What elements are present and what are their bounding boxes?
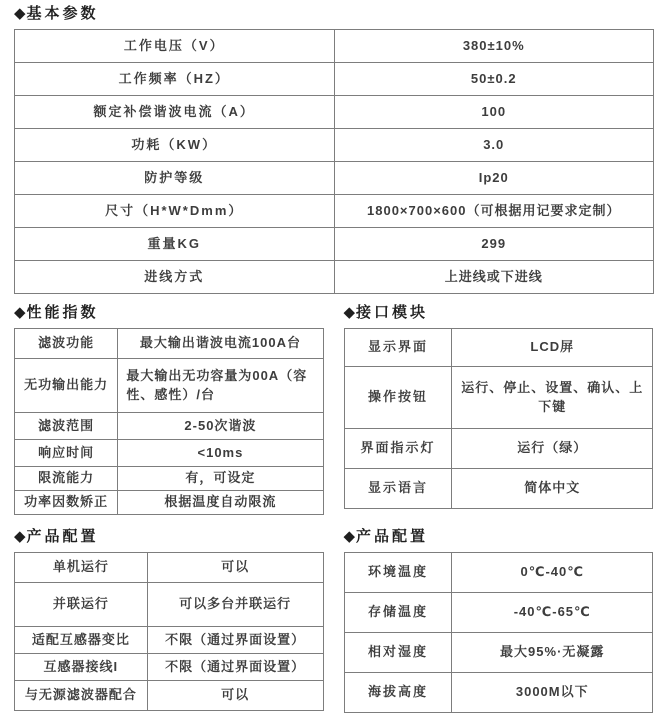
section-title-config-left-label: 产品配置	[27, 528, 99, 546]
param-label: 环境温度	[344, 553, 452, 593]
table-row: 操作按钮 运行、停止、设置、确认、上下键	[344, 367, 653, 429]
param-label: 相对湿度	[344, 633, 452, 673]
param-value: 380±10%	[334, 30, 654, 63]
param-label: 并联运行	[15, 583, 148, 627]
param-value: 50±0.2	[334, 63, 654, 96]
param-label: 重量KG	[15, 228, 335, 261]
param-value: 最大95%·无凝露	[452, 633, 653, 673]
section-title-performance-label: 性能指数	[27, 304, 99, 322]
table-row: 尺寸（H*W*Dmm） 1800×700×600（可根据用记要求定制）	[15, 195, 654, 228]
param-value: 运行、停止、设置、确认、上下键	[452, 367, 653, 429]
table-row: 额定补偿谐波电流（A） 100	[15, 96, 654, 129]
param-value: <10ms	[118, 440, 323, 467]
section-title-config-left: ◆ 产品配置	[14, 528, 324, 546]
diamond-bullet-icon: ◆	[344, 528, 356, 546]
product-config-table: 单机运行 可以 并联运行 可以多台并联运行 适配互感器变比 不限（通过界面设置）…	[14, 552, 324, 711]
performance-column: ◆ 性能指数 滤波功能 最大输出谐波电流100A台 无功输出能力 最大输出无功容…	[14, 304, 324, 515]
param-label: 滤波范围	[15, 413, 118, 440]
table-row: 界面指示灯 运行（绿）	[344, 429, 653, 469]
table-row: 重量KG 299	[15, 228, 654, 261]
param-label: 工作电压（V）	[15, 30, 335, 63]
param-label: 海拔高度	[344, 673, 452, 713]
table-row: 与无源滤波器配合 可以	[15, 681, 324, 711]
performance-table: 滤波功能 最大输出谐波电流100A台 无功输出能力 最大输出无功容量为00A（容…	[14, 328, 324, 515]
param-label: 防护等级	[15, 162, 335, 195]
spec-sheet-page: ◆ 基本参数 工作电压（V） 380±10% 工作频率（HZ） 50±0.2 额…	[0, 0, 666, 717]
param-label: 显示界面	[344, 329, 452, 367]
param-label: 功率因数矫正	[15, 491, 118, 515]
table-row: 单机运行 可以	[15, 553, 324, 583]
param-value: 1800×700×600（可根据用记要求定制）	[334, 195, 654, 228]
diamond-bullet-icon: ◆	[14, 528, 26, 546]
param-value: 0℃-40℃	[452, 553, 653, 593]
environment-table: 环境温度 0℃-40℃ 存储温度 -40℃-65℃ 相对湿度 最大95%·无凝露…	[344, 552, 654, 713]
param-value: LCD屏	[452, 329, 653, 367]
param-value: 根据温度自动限流	[118, 491, 323, 515]
config-left-column: ◆ 产品配置 单机运行 可以 并联运行 可以多台并联运行 适配互感器变比 不限（…	[14, 528, 324, 713]
section-title-interface-label: 接口模块	[356, 304, 428, 322]
param-label: 单机运行	[15, 553, 148, 583]
param-value: 299	[334, 228, 654, 261]
param-value: 有，可设定	[118, 467, 323, 491]
bottom-columns: ◆ 产品配置 单机运行 可以 并联运行 可以多台并联运行 适配互感器变比 不限（…	[14, 528, 653, 713]
param-value: 3000M以下	[452, 673, 653, 713]
table-row: 进线方式 上进线或下进线	[15, 261, 654, 294]
param-label: 额定补偿谐波电流（A）	[15, 96, 335, 129]
section-title-basic: ◆ 基本参数	[14, 5, 653, 23]
table-row: 存储温度 -40℃-65℃	[344, 593, 653, 633]
param-value: -40℃-65℃	[452, 593, 653, 633]
param-label: 尺寸（H*W*Dmm）	[15, 195, 335, 228]
table-row: 互感器接线I 不限（通过界面设置）	[15, 654, 324, 681]
param-value: 不限（通过界面设置）	[147, 627, 323, 654]
param-value: Ip20	[334, 162, 654, 195]
table-row: 海拔高度 3000M以下	[344, 673, 653, 713]
table-row: 无功输出能力 最大输出无功容量为00A（容性、感性）/台	[15, 359, 324, 413]
diamond-bullet-icon: ◆	[14, 5, 26, 23]
basic-params-table: 工作电压（V） 380±10% 工作频率（HZ） 50±0.2 额定补偿谐波电流…	[14, 29, 654, 294]
table-row: 显示界面 LCD屏	[344, 329, 653, 367]
table-row: 相对湿度 最大95%·无凝露	[344, 633, 653, 673]
table-row: 工作电压（V） 380±10%	[15, 30, 654, 63]
param-label: 无功输出能力	[15, 359, 118, 413]
param-label: 互感器接线I	[15, 654, 148, 681]
param-label: 进线方式	[15, 261, 335, 294]
interface-column: ◆ 接口模块 显示界面 LCD屏 操作按钮 运行、停止、设置、确认、上下键 界面…	[344, 304, 654, 515]
table-row: 功率因数矫正 根据温度自动限流	[15, 491, 324, 515]
interface-table: 显示界面 LCD屏 操作按钮 运行、停止、设置、确认、上下键 界面指示灯 运行（…	[344, 328, 654, 509]
section-title-config-right-label: 产品配置	[356, 528, 428, 546]
table-row: 功耗（KW） 3.0	[15, 129, 654, 162]
table-row: 限流能力 有，可设定	[15, 467, 324, 491]
config-right-column: ◆ 产品配置 环境温度 0℃-40℃ 存储温度 -40℃-65℃ 相对湿度 最大…	[344, 528, 654, 713]
param-value: 100	[334, 96, 654, 129]
param-label: 显示语言	[344, 469, 452, 509]
section-title-config-right: ◆ 产品配置	[344, 528, 654, 546]
param-value: 可以	[147, 681, 323, 711]
param-value: 3.0	[334, 129, 654, 162]
table-row: 环境温度 0℃-40℃	[344, 553, 653, 593]
param-label: 与无源滤波器配合	[15, 681, 148, 711]
table-row: 工作频率（HZ） 50±0.2	[15, 63, 654, 96]
param-value: 可以	[147, 553, 323, 583]
param-label: 操作按钮	[344, 367, 452, 429]
param-value: 2-50次谐波	[118, 413, 323, 440]
param-value: 不限（通过界面设置）	[147, 654, 323, 681]
param-value: 简体中文	[452, 469, 653, 509]
param-value: 上进线或下进线	[334, 261, 654, 294]
param-label: 界面指示灯	[344, 429, 452, 469]
table-row: 并联运行 可以多台并联运行	[15, 583, 324, 627]
section-title-basic-label: 基本参数	[27, 5, 99, 23]
table-row: 滤波功能 最大输出谐波电流100A台	[15, 329, 324, 359]
param-value: 最大输出谐波电流100A台	[118, 329, 323, 359]
section-title-interface: ◆ 接口模块	[344, 304, 654, 322]
param-value: 运行（绿）	[452, 429, 653, 469]
table-row: 响应时间 <10ms	[15, 440, 324, 467]
section-title-performance: ◆ 性能指数	[14, 304, 324, 322]
param-value: 最大输出无功容量为00A（容性、感性）/台	[118, 359, 323, 413]
table-row: 显示语言 简体中文	[344, 469, 653, 509]
param-label: 限流能力	[15, 467, 118, 491]
table-row: 适配互感器变比 不限（通过界面设置）	[15, 627, 324, 654]
param-label: 工作频率（HZ）	[15, 63, 335, 96]
param-label: 滤波功能	[15, 329, 118, 359]
param-value: 可以多台并联运行	[147, 583, 323, 627]
diamond-bullet-icon: ◆	[14, 304, 26, 322]
table-row: 滤波范围 2-50次谐波	[15, 413, 324, 440]
param-label: 存储温度	[344, 593, 452, 633]
middle-columns: ◆ 性能指数 滤波功能 最大输出谐波电流100A台 无功输出能力 最大输出无功容…	[14, 304, 653, 515]
param-label: 适配互感器变比	[15, 627, 148, 654]
param-label: 功耗（KW）	[15, 129, 335, 162]
diamond-bullet-icon: ◆	[344, 304, 356, 322]
table-row: 防护等级 Ip20	[15, 162, 654, 195]
param-label: 响应时间	[15, 440, 118, 467]
